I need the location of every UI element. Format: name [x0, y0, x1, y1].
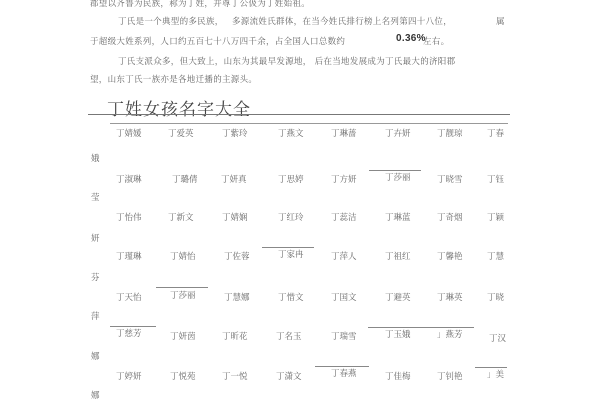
name-cell: 丁婧怡: [170, 250, 196, 262]
name-cell: 丁紫玲: [222, 127, 248, 139]
name-cell: 丁莎丽: [385, 171, 411, 183]
name-cell: 丁婧娴: [222, 211, 248, 223]
name-cell: 丁蕊洁: [331, 211, 357, 223]
name-cell: 丁汉: [489, 332, 506, 344]
cell-overline: [156, 287, 208, 288]
name-cell: 丁璐倩: [172, 173, 198, 185]
table-top-rule: [110, 123, 508, 124]
name-cell: 丁慈芳: [116, 327, 142, 339]
name-wrap-char: 娜: [91, 350, 100, 362]
name-cell: 丁悦苑: [170, 370, 196, 382]
name-cell: 丁方妍: [331, 173, 357, 185]
name-cell: 丁一悦: [222, 370, 248, 382]
name-wrap-char: 妍: [91, 232, 100, 244]
name-cell: 丁妍真: [221, 173, 247, 185]
name-cell: 丁天怡: [116, 291, 142, 303]
paragraph-line-1: 郡望以齐鲁为民族，称为丁姓，并尊丁公伋为丁姓始祖。: [90, 0, 310, 9]
name-cell: 丁佐蓉: [224, 250, 250, 262]
name-cell: 丁红玲: [278, 211, 304, 223]
paragraph-line-2c: 属: [496, 15, 505, 27]
name-cell: 丁新文: [168, 211, 194, 223]
name-cell: 丁钰: [487, 173, 504, 185]
name-cell: 丁避英: [385, 291, 411, 303]
name-cell: 丁怡伟: [116, 211, 142, 223]
name-cell: 」燕芳: [437, 328, 463, 340]
name-cell: 丁家冉: [278, 248, 304, 260]
name-cell: 丁卉妍: [385, 127, 411, 139]
paragraph-line-3b: 左右。: [423, 35, 449, 47]
name-cell: 」美: [487, 368, 504, 380]
name-cell: 丁莎丽: [170, 289, 196, 301]
name-cell: 丁国文: [331, 291, 357, 303]
name-cell: 丁淑琳: [116, 173, 142, 185]
name-cell: 丁晓雪: [437, 173, 463, 185]
paragraph-line-2a: 丁氏是一个典型的多民族，: [118, 15, 224, 27]
name-cell: 丁思婷: [278, 173, 304, 185]
name-wrap-char: 芬: [91, 271, 100, 283]
name-cell: 丁潇文: [276, 370, 302, 382]
name-cell: 丁琳蓝: [385, 211, 411, 223]
name-cell: 丁瑾琳: [116, 250, 142, 262]
name-cell: 丁慧娜: [224, 291, 250, 303]
name-wrap-char: 莹: [91, 191, 100, 203]
name-cell: 丁慧: [487, 250, 504, 262]
name-cell: 丁颖: [487, 211, 504, 223]
name-cell: 丁钊艳: [437, 370, 463, 382]
name-cell: 丁婷妍: [116, 370, 142, 382]
name-cell: 丁爱英: [168, 127, 194, 139]
name-cell: 丁惜文: [278, 291, 304, 303]
section-heading: 丁姓女孩名字大全: [107, 95, 251, 120]
name-cell: 丁晓: [487, 291, 504, 303]
name-cell: 丁玉娥: [385, 328, 411, 340]
name-cell: 丁萍人: [331, 250, 357, 262]
name-cell: 丁琳蔷: [331, 127, 357, 139]
name-cell: 丁燕文: [278, 127, 304, 139]
paragraph-line-2b: 多源流姓氏群体，在当今姓氏排行榜上名列第四十八位，: [232, 15, 452, 27]
name-cell: 丁瑞雪: [331, 330, 357, 342]
name-cell: 丁奇烟: [437, 211, 463, 223]
paragraph-line-4: 丁氏支派众多，但大致上，山东为其最早发源地， 后在当地发展成为丁氏最大的济阳郡: [118, 55, 455, 67]
document-page: 郡望以齐鲁为民族，称为丁姓，并尊丁公伋为丁姓始祖。 丁氏是一个典型的多民族， 多…: [0, 0, 600, 400]
name-cell: 丁靓琼: [437, 127, 463, 139]
name-wrap-char: 萍: [91, 310, 100, 322]
name-cell: 丁婧媛: [116, 127, 142, 139]
population-percent: 0.36%: [396, 33, 426, 44]
name-cell: 丁馨艳: [437, 250, 463, 262]
heading-underline: [88, 114, 510, 115]
paragraph-line-3a: 于超级大姓系列，人口约五百七十八万四千余，占全国人口总数约: [90, 35, 345, 47]
name-cell: 丁佳梅: [385, 370, 411, 382]
name-cell: 丁昕花: [222, 330, 248, 342]
name-cell: 丁妍茵: [170, 330, 196, 342]
name-cell: 丁春燕: [331, 367, 357, 379]
name-cell: 丁祖红: [385, 250, 411, 262]
name-cell: 丁名玉: [276, 330, 302, 342]
paragraph-line-5: 望，山东丁氏一族亦是各地迁播的主源头。: [90, 73, 257, 85]
name-wrap-char: 娥: [91, 152, 100, 164]
name-cell: 丁琳英: [437, 291, 463, 303]
name-cell: 丁春: [487, 127, 504, 139]
name-wrap-char: 娜: [91, 389, 100, 400]
